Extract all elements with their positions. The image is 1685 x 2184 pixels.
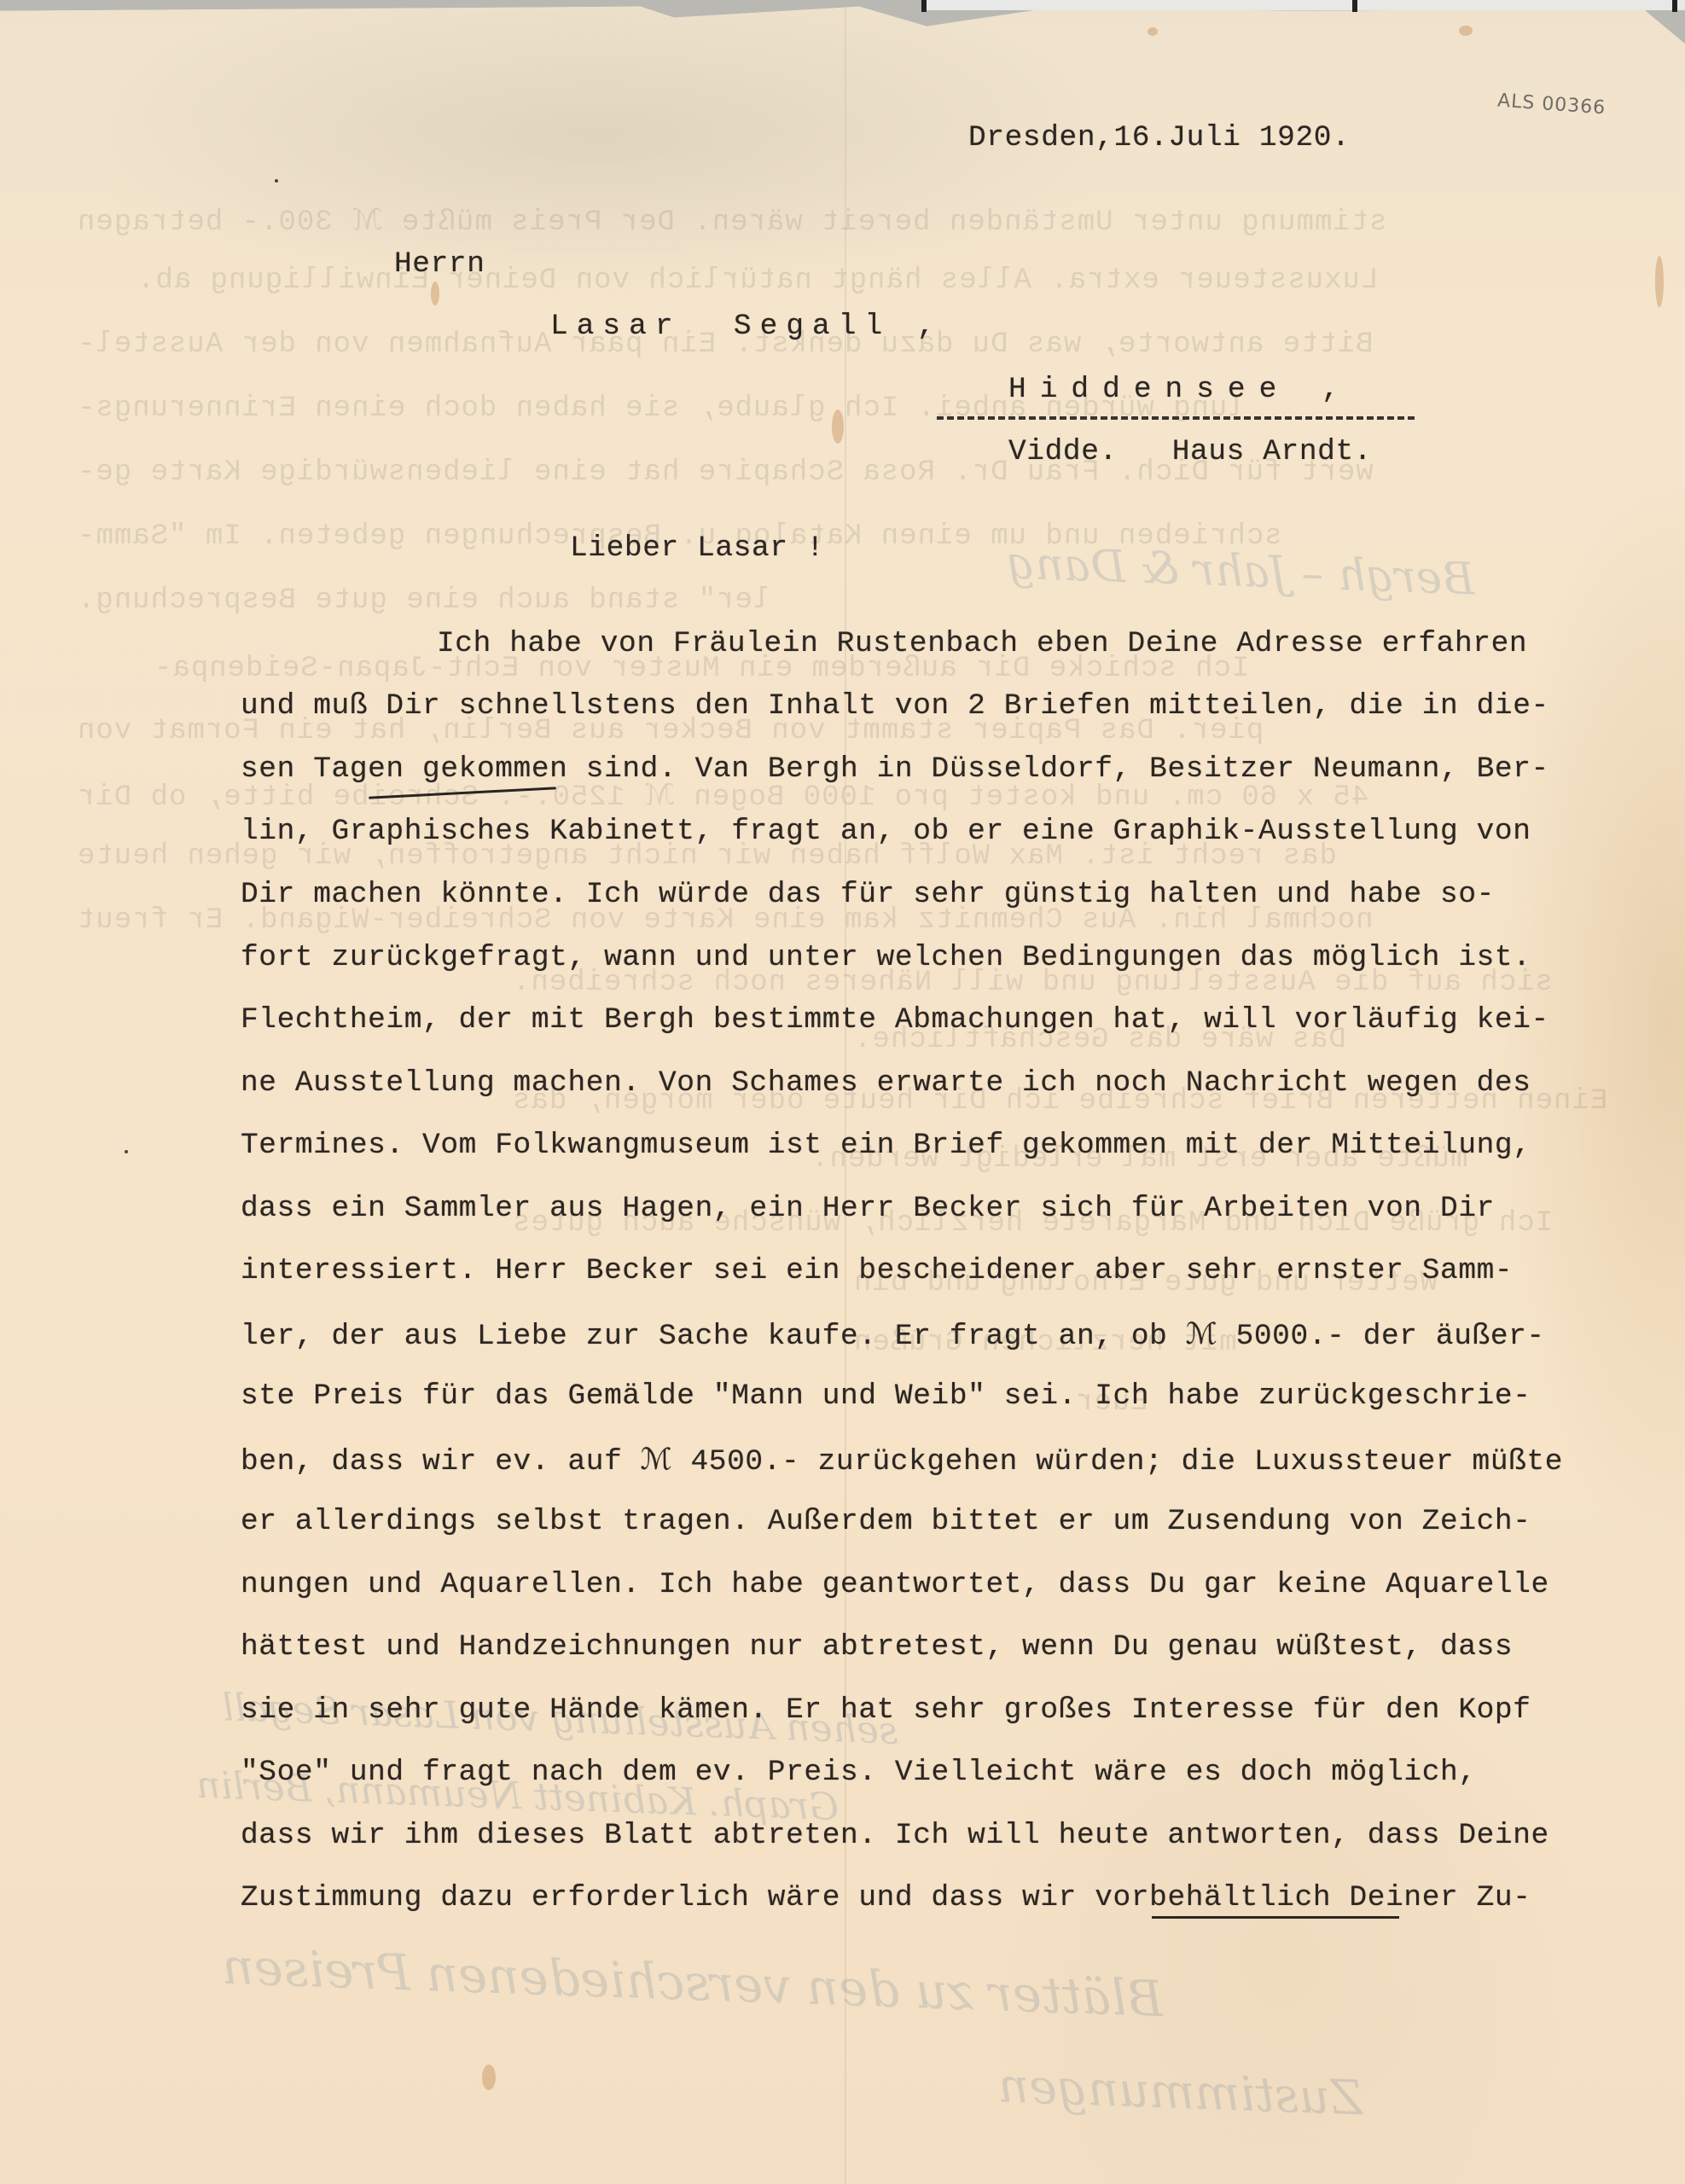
handwriting-bleed: Bergh – Jahr & Dang	[1006, 537, 1475, 605]
body-line: Ich habe von Fräulein Rustenbach eben De…	[437, 627, 1527, 660]
dateline: Dresden,16.Juli 1920.	[968, 121, 1350, 154]
letter-page: ALS 00366 stimmung unter Umständen berei…	[0, 0, 1685, 2184]
bleed-line: Luxussteuer extra. Alles hängt natürlich…	[137, 264, 1378, 297]
strip-tick	[1352, 0, 1357, 12]
margin-mark	[275, 179, 278, 183]
rust-stain	[1148, 27, 1158, 36]
typed-underline	[1152, 1916, 1399, 1919]
body-line: und muß Dir schnellstens den Inhalt von …	[241, 689, 1549, 723]
body-line: interessiert. Herr Becker sei ein besche…	[241, 1254, 1513, 1287]
body-line: sie in sehr gute Hände kämen. Er hat seh…	[241, 1693, 1531, 1727]
greeting: Lieber Lasar !	[570, 531, 824, 565]
bleed-line: ler" stand auch eine gute Besprechung.	[77, 584, 770, 617]
rust-stain	[1459, 26, 1473, 36]
body-line: Termines. Vom Folkwangmuseum ist ein Bri…	[241, 1129, 1531, 1162]
archive-folder-strip	[921, 0, 1685, 10]
body-line: dass wir ihm dieses Blatt abtreten. Ich …	[241, 1819, 1549, 1852]
strip-tick	[921, 0, 927, 12]
struck-address-rule	[937, 416, 1415, 420]
body-line: ne Ausstellung machen. Von Schames erwar…	[241, 1066, 1531, 1100]
body-line: sen Tagen gekommen sind. Van Bergh in Dü…	[241, 752, 1549, 786]
rust-stain	[482, 2065, 496, 2090]
recipient-name: Lasar Segall ,	[550, 310, 944, 343]
recipient-place: Hiddensee ,	[1008, 373, 1353, 406]
body-line: fort zurückgefragt, wann und unter welch…	[241, 941, 1531, 974]
body-line: ben, dass wir ev. auf ℳ 4500.- zurückgeh…	[241, 1443, 1563, 1478]
margin-mark	[125, 1150, 128, 1153]
recipient-address: Vidde. Haus Arndt.	[1008, 435, 1372, 468]
handwriting-bleed: Zustimmungen	[997, 2059, 1364, 2127]
body-line: hättest und Handzeichnungen nur abtretes…	[241, 1630, 1513, 1664]
bleed-line: stimmung unter Umständen bereit wären. D…	[77, 203, 1387, 239]
body-line: lin, Graphisches Kabinett, fragt an, ob …	[241, 815, 1531, 848]
strip-tick	[1672, 0, 1677, 12]
recipient-salutation: Herrn	[394, 247, 485, 281]
body-line: Zustimmung dazu erforderlich wäre und da…	[241, 1881, 1531, 1914]
body-line: ler, der aus Liebe zur Sache kaufe. Er f…	[241, 1317, 1545, 1353]
body-line: ste Preis für das Gemälde "Mann und Weib…	[241, 1380, 1531, 1413]
archive-id-label: ALS 00366	[1496, 90, 1607, 119]
body-line: dass ein Sammler aus Hagen, ein Herr Bec…	[241, 1192, 1495, 1225]
rust-stain	[1655, 256, 1664, 307]
handwriting-bleed: Blätter zu den verschiedenen Preisen	[221, 1937, 1164, 2028]
body-line: er allerdings selbst tragen. Außerdem bi…	[241, 1505, 1531, 1538]
body-line: nungen und Aquarellen. Ich habe geantwor…	[241, 1568, 1549, 1601]
body-line: Flechtheim, der mit Bergh bestimmte Abma…	[241, 1003, 1549, 1037]
body-line: Dir machen könnte. Ich würde das für seh…	[241, 878, 1495, 911]
body-line: "Soe" und fragt nach dem ev. Preis. Viel…	[241, 1756, 1477, 1789]
